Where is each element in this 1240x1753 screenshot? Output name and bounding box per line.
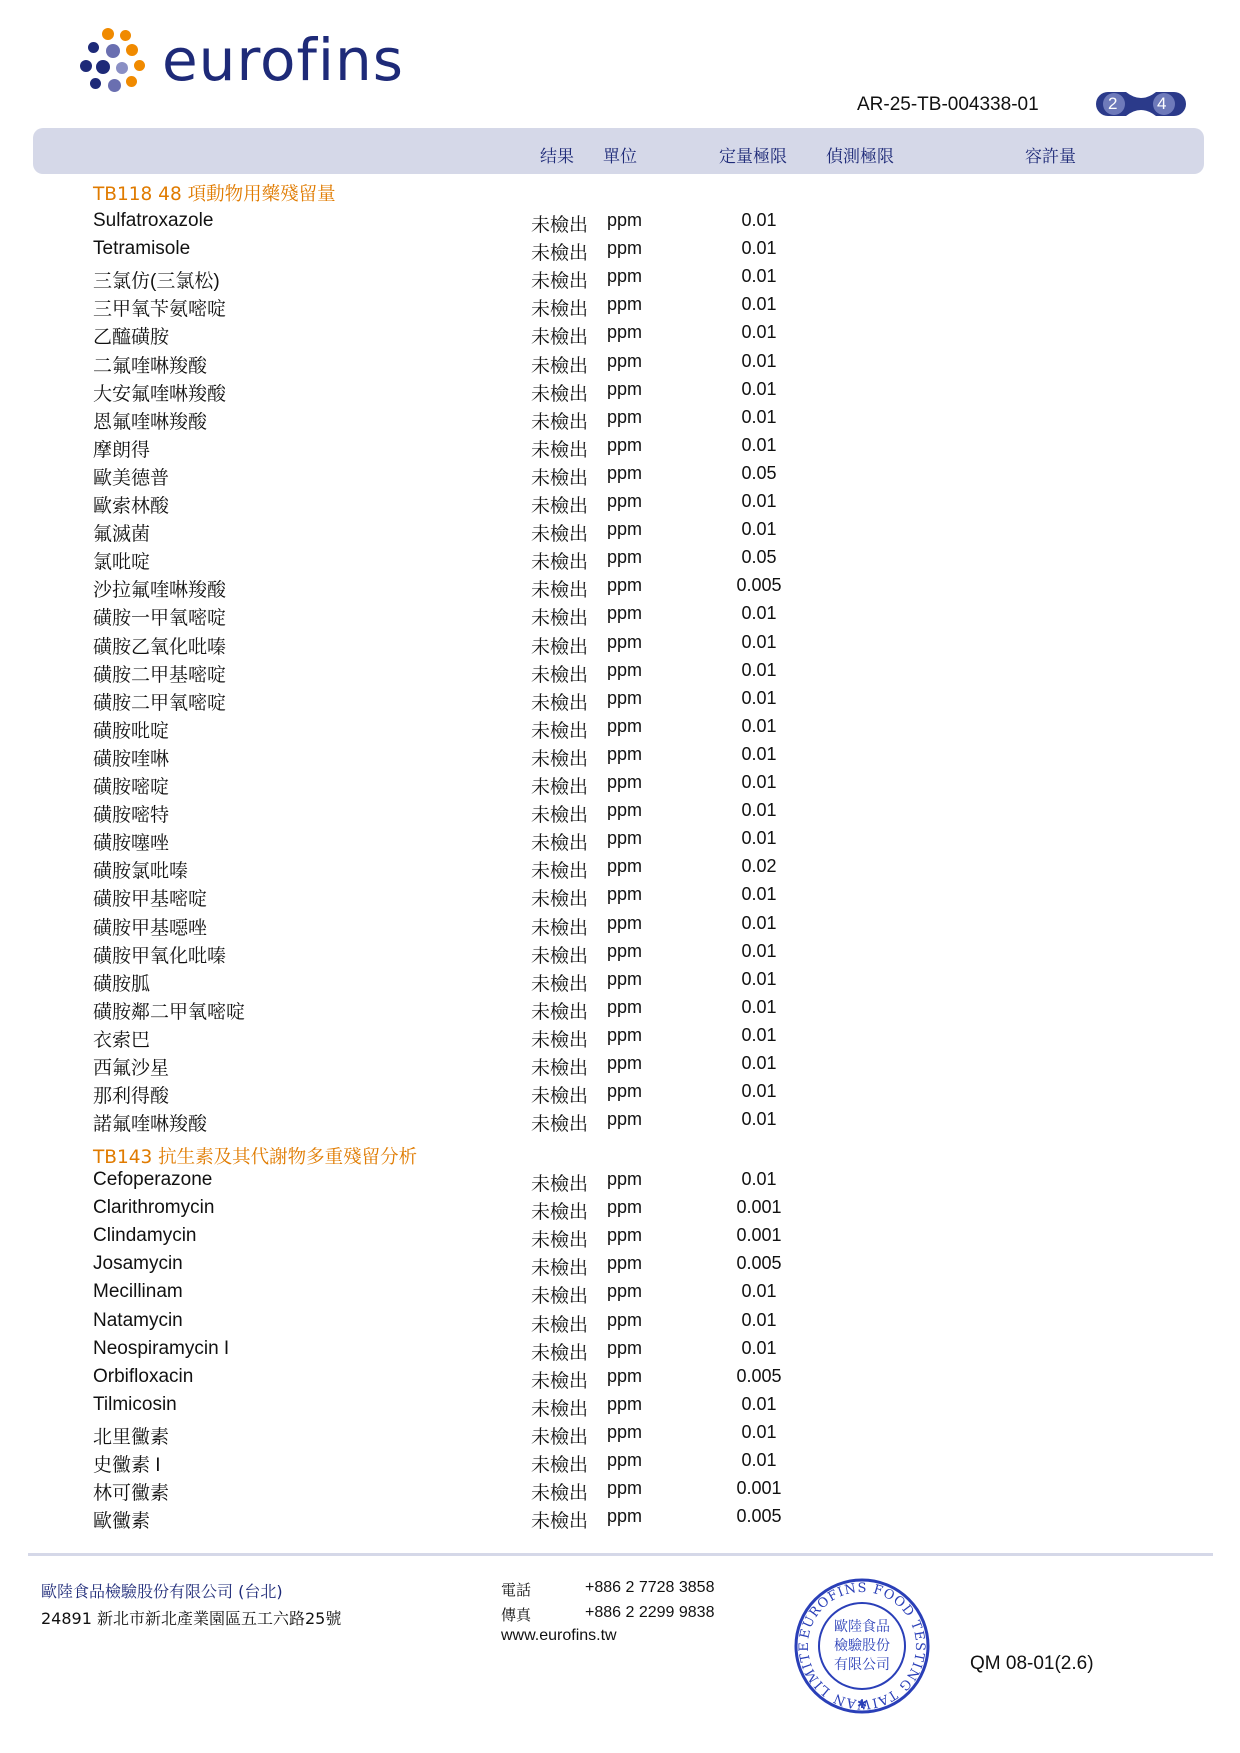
result-value: 未檢出 bbox=[531, 435, 588, 462]
loq-value: 0.01 bbox=[700, 660, 818, 681]
section-title-tb143: TB143 抗生素及其代謝物多重殘留分析 bbox=[93, 1143, 417, 1169]
loq-value: 0.01 bbox=[700, 772, 818, 793]
result-value: 未檢出 bbox=[531, 1225, 588, 1252]
unit-value: ppm bbox=[607, 1450, 642, 1471]
result-value: 未檢出 bbox=[531, 800, 588, 827]
table-row: 林可黴素未檢出ppm0.001 bbox=[0, 1478, 1240, 1506]
result-value: 未檢出 bbox=[531, 1366, 588, 1393]
table-row: Clarithromycin未檢出ppm0.001 bbox=[0, 1197, 1240, 1225]
analyte-name: 歐黴素 bbox=[93, 1506, 150, 1533]
analyte-name: 磺胺乙氧化吡嗪 bbox=[93, 632, 226, 659]
loq-value: 0.01 bbox=[700, 828, 818, 849]
table-row: 磺胺甲基嘧啶未檢出ppm0.01 bbox=[0, 884, 1240, 912]
current-page: 2 bbox=[1108, 92, 1117, 116]
analyte-name: Neospiramycin I bbox=[93, 1338, 229, 1360]
analyte-name: 歐索林酸 bbox=[93, 491, 169, 518]
analyte-name: 摩朗得 bbox=[93, 435, 150, 462]
logo-wordmark: eurofins bbox=[162, 31, 404, 89]
analyte-name: 大安氟喹啉羧酸 bbox=[93, 379, 226, 406]
unit-value: ppm bbox=[607, 491, 642, 512]
analyte-name: Orbifloxacin bbox=[93, 1366, 193, 1388]
table-row: 歐美德普未檢出ppm0.05 bbox=[0, 463, 1240, 491]
result-value: 未檢出 bbox=[531, 1394, 588, 1421]
result-value: 未檢出 bbox=[531, 547, 588, 574]
unit-value: ppm bbox=[607, 463, 642, 484]
loq-value: 0.02 bbox=[700, 856, 818, 877]
loq-value: 0.01 bbox=[700, 969, 818, 990]
table-row: Natamycin未檢出ppm0.01 bbox=[0, 1310, 1240, 1338]
table-row: 磺胺甲基噁唑未檢出ppm0.01 bbox=[0, 913, 1240, 941]
analyte-name: 磺胺甲氧化吡嗪 bbox=[93, 941, 226, 968]
unit-value: ppm bbox=[607, 1366, 642, 1387]
unit-value: ppm bbox=[607, 997, 642, 1018]
result-value: 未檢出 bbox=[531, 1253, 588, 1280]
analyte-name: Cefoperazone bbox=[93, 1169, 212, 1191]
table-row: 磺胺乙氧化吡嗪未檢出ppm0.01 bbox=[0, 632, 1240, 660]
analyte-name: 衣索巴 bbox=[93, 1025, 150, 1052]
loq-value: 0.01 bbox=[700, 407, 818, 428]
table-row: 磺胺嘧特未檢出ppm0.01 bbox=[0, 800, 1240, 828]
loq-value: 0.01 bbox=[700, 913, 818, 934]
loq-value: 0.005 bbox=[700, 1506, 818, 1527]
logo-dots-icon bbox=[80, 26, 150, 94]
unit-value: ppm bbox=[607, 884, 642, 905]
unit-value: ppm bbox=[607, 660, 642, 681]
table-row: 三甲氧苄氨嘧啶未檢出ppm0.01 bbox=[0, 294, 1240, 322]
analyte-name: Clindamycin bbox=[93, 1225, 196, 1247]
fax-label: 傳真 bbox=[501, 1604, 531, 1625]
loq-value: 0.01 bbox=[700, 1169, 818, 1190]
loq-value: 0.01 bbox=[700, 294, 818, 315]
analyte-name: 乙醯磺胺 bbox=[93, 322, 169, 349]
result-value: 未檢出 bbox=[531, 210, 588, 237]
unit-value: ppm bbox=[607, 210, 642, 231]
table-row: 磺胺噻唑未檢出ppm0.01 bbox=[0, 828, 1240, 856]
result-value: 未檢出 bbox=[531, 1478, 588, 1505]
table-row: Josamycin未檢出ppm0.005 bbox=[0, 1253, 1240, 1281]
unit-value: ppm bbox=[607, 941, 642, 962]
result-value: 未檢出 bbox=[531, 491, 588, 518]
result-value: 未檢出 bbox=[531, 1081, 588, 1108]
loq-value: 0.01 bbox=[700, 1450, 818, 1471]
loq-value: 0.01 bbox=[700, 1338, 818, 1359]
result-value: 未檢出 bbox=[531, 913, 588, 940]
table-row: Cefoperazone未檢出ppm0.01 bbox=[0, 1169, 1240, 1197]
unit-value: ppm bbox=[607, 294, 642, 315]
loq-value: 0.005 bbox=[700, 1253, 818, 1274]
table-row: 西氟沙星未檢出ppm0.01 bbox=[0, 1053, 1240, 1081]
unit-value: ppm bbox=[607, 1225, 642, 1246]
result-value: 未檢出 bbox=[531, 238, 588, 265]
unit-value: ppm bbox=[607, 1197, 642, 1218]
analyte-name: 磺胺胍 bbox=[93, 969, 150, 996]
table-row: Sulfatroxazole未檢出ppm0.01 bbox=[0, 210, 1240, 238]
table-row: Neospiramycin I未檢出ppm0.01 bbox=[0, 1338, 1240, 1366]
loq-value: 0.01 bbox=[700, 1310, 818, 1331]
loq-value: 0.01 bbox=[700, 688, 818, 709]
table-row: 史黴素 I未檢出ppm0.01 bbox=[0, 1450, 1240, 1478]
section-title-tb118: TB118 48 項動物用藥殘留量 bbox=[93, 180, 336, 206]
result-value: 未檢出 bbox=[531, 744, 588, 771]
loq-value: 0.001 bbox=[700, 1197, 818, 1218]
loq-value: 0.005 bbox=[700, 575, 818, 596]
result-value: 未檢出 bbox=[531, 603, 588, 630]
result-value: 未檢出 bbox=[531, 969, 588, 996]
result-value: 未檢出 bbox=[531, 1338, 588, 1365]
unit-value: ppm bbox=[607, 1081, 642, 1102]
column-unit: 單位 bbox=[603, 142, 637, 167]
unit-value: ppm bbox=[607, 1053, 642, 1074]
unit-value: ppm bbox=[607, 688, 642, 709]
loq-value: 0.01 bbox=[700, 210, 818, 231]
table-row: 磺胺一甲氧嘧啶未檢出ppm0.01 bbox=[0, 603, 1240, 631]
loq-value: 0.01 bbox=[700, 1394, 818, 1415]
page-indicator: 2 4 bbox=[1096, 92, 1186, 116]
total-pages: 4 bbox=[1157, 92, 1166, 116]
analyte-name: 磺胺鄰二甲氧嘧啶 bbox=[93, 997, 245, 1024]
unit-value: ppm bbox=[607, 772, 642, 793]
loq-value: 0.01 bbox=[700, 1109, 818, 1130]
analyte-name: Tilmicosin bbox=[93, 1394, 177, 1416]
analyte-name: 磺胺二甲氧嘧啶 bbox=[93, 688, 226, 715]
unit-value: ppm bbox=[607, 1281, 642, 1302]
analyte-name: 西氟沙星 bbox=[93, 1053, 169, 1080]
unit-value: ppm bbox=[607, 435, 642, 456]
loq-value: 0.01 bbox=[700, 379, 818, 400]
result-value: 未檢出 bbox=[531, 941, 588, 968]
loq-value: 0.05 bbox=[700, 547, 818, 568]
table-row: 磺胺鄰二甲氧嘧啶未檢出ppm0.01 bbox=[0, 997, 1240, 1025]
table-row: 氯吡啶未檢出ppm0.05 bbox=[0, 547, 1240, 575]
analyte-name: 磺胺甲基嘧啶 bbox=[93, 884, 207, 911]
result-value: 未檢出 bbox=[531, 1310, 588, 1337]
table-row: 磺胺二甲基嘧啶未檢出ppm0.01 bbox=[0, 660, 1240, 688]
analyte-name: 三氯仿(三氯松) bbox=[93, 266, 220, 293]
loq-value: 0.01 bbox=[700, 884, 818, 905]
table-row: 歐索林酸未檢出ppm0.01 bbox=[0, 491, 1240, 519]
unit-value: ppm bbox=[607, 519, 642, 540]
loq-value: 0.01 bbox=[700, 491, 818, 512]
svg-text:✱: ✱ bbox=[857, 1697, 867, 1711]
table-row: 磺胺胍未檢出ppm0.01 bbox=[0, 969, 1240, 997]
analyte-name: Natamycin bbox=[93, 1310, 183, 1332]
unit-value: ppm bbox=[607, 1025, 642, 1046]
unit-value: ppm bbox=[607, 238, 642, 259]
unit-value: ppm bbox=[607, 351, 642, 372]
column-lod: 偵測極限 bbox=[826, 142, 894, 167]
unit-value: ppm bbox=[607, 407, 642, 428]
loq-value: 0.01 bbox=[700, 716, 818, 737]
loq-value: 0.01 bbox=[700, 744, 818, 765]
column-header-bar: 结果 單位 定量極限 偵測極限 容許量 bbox=[33, 128, 1204, 174]
analyte-name: 磺胺一甲氧嘧啶 bbox=[93, 603, 226, 630]
loq-value: 0.01 bbox=[700, 1081, 818, 1102]
unit-value: ppm bbox=[607, 632, 642, 653]
analyte-name: 磺胺嘧特 bbox=[93, 800, 169, 827]
loq-value: 0.01 bbox=[700, 1053, 818, 1074]
unit-value: ppm bbox=[607, 1310, 642, 1331]
table-row: 磺胺吡啶未檢出ppm0.01 bbox=[0, 716, 1240, 744]
footer-address: 24891 新北市新北產業園區五工六路25號 bbox=[41, 1606, 341, 1629]
analyte-name: 磺胺氯吡嗪 bbox=[93, 856, 188, 883]
footer-website: www.eurofins.tw bbox=[501, 1627, 617, 1645]
table-row: 磺胺甲氧化吡嗪未檢出ppm0.01 bbox=[0, 941, 1240, 969]
unit-value: ppm bbox=[607, 1253, 642, 1274]
loq-value: 0.01 bbox=[700, 997, 818, 1018]
unit-value: ppm bbox=[607, 1109, 642, 1130]
result-value: 未檢出 bbox=[531, 660, 588, 687]
result-value: 未檢出 bbox=[531, 1197, 588, 1224]
form-code: QM 08-01(2.6) bbox=[970, 1653, 1094, 1675]
loq-value: 0.001 bbox=[700, 1225, 818, 1246]
table-row: 沙拉氟喹啉羧酸未檢出ppm0.005 bbox=[0, 575, 1240, 603]
unit-value: ppm bbox=[607, 379, 642, 400]
analyte-name: Josamycin bbox=[93, 1253, 183, 1275]
result-value: 未檢出 bbox=[531, 519, 588, 546]
result-value: 未檢出 bbox=[531, 407, 588, 434]
table-row: 衣索巴未檢出ppm0.01 bbox=[0, 1025, 1240, 1053]
footer-company: 歐陸食品檢驗股份有限公司 (台北) bbox=[41, 1579, 283, 1602]
column-loq: 定量極限 bbox=[719, 142, 787, 167]
analyte-name: 林可黴素 bbox=[93, 1478, 169, 1505]
analyte-name: Clarithromycin bbox=[93, 1197, 214, 1219]
table-row: Clindamycin未檢出ppm0.001 bbox=[0, 1225, 1240, 1253]
analyte-name: 沙拉氟喹啉羧酸 bbox=[93, 575, 226, 602]
table-row: 氟滅菌未檢出ppm0.01 bbox=[0, 519, 1240, 547]
analyte-name: 氯吡啶 bbox=[93, 547, 150, 574]
unit-value: ppm bbox=[607, 575, 642, 596]
loq-value: 0.01 bbox=[700, 800, 818, 821]
unit-value: ppm bbox=[607, 1338, 642, 1359]
unit-value: ppm bbox=[607, 1394, 642, 1415]
analyte-name: 磺胺吡啶 bbox=[93, 716, 169, 743]
analyte-name: Tetramisole bbox=[93, 238, 190, 260]
unit-value: ppm bbox=[607, 856, 642, 877]
footer-divider bbox=[28, 1553, 1213, 1556]
loq-value: 0.01 bbox=[700, 632, 818, 653]
loq-value: 0.01 bbox=[700, 1422, 818, 1443]
table-row: 諾氟喹啉羧酸未檢出ppm0.01 bbox=[0, 1109, 1240, 1137]
loq-value: 0.01 bbox=[700, 1025, 818, 1046]
analyte-name: Sulfatroxazole bbox=[93, 210, 213, 232]
result-value: 未檢出 bbox=[531, 266, 588, 293]
loq-value: 0.01 bbox=[700, 435, 818, 456]
result-value: 未檢出 bbox=[531, 997, 588, 1024]
table-row: 磺胺嘧啶未檢出ppm0.01 bbox=[0, 772, 1240, 800]
table-row: 三氯仿(三氯松)未檢出ppm0.01 bbox=[0, 266, 1240, 294]
table-row: 摩朗得未檢出ppm0.01 bbox=[0, 435, 1240, 463]
table-row: 乙醯磺胺未檢出ppm0.01 bbox=[0, 322, 1240, 350]
unit-value: ppm bbox=[607, 744, 642, 765]
unit-value: ppm bbox=[607, 1422, 642, 1443]
table-row: Mecillinam未檢出ppm0.01 bbox=[0, 1281, 1240, 1309]
unit-value: ppm bbox=[607, 547, 642, 568]
result-value: 未檢出 bbox=[531, 632, 588, 659]
result-value: 未檢出 bbox=[531, 1281, 588, 1308]
table-row: 北里黴素未檢出ppm0.01 bbox=[0, 1422, 1240, 1450]
analyte-name: 北里黴素 bbox=[93, 1422, 169, 1449]
result-value: 未檢出 bbox=[531, 688, 588, 715]
table-row: 磺胺氯吡嗪未檢出ppm0.02 bbox=[0, 856, 1240, 884]
company-seal-stamp: EUROFINS FOOD TESTING TAIWAN LIMITED 歐陸食… bbox=[793, 1577, 931, 1715]
column-result: 结果 bbox=[540, 142, 574, 167]
analyte-name: 諾氟喹啉羧酸 bbox=[93, 1109, 207, 1136]
result-value: 未檢出 bbox=[531, 575, 588, 602]
eurofins-logo: eurofins bbox=[80, 26, 404, 94]
fax-number: +886 2 2299 9838 bbox=[585, 1604, 714, 1622]
unit-value: ppm bbox=[607, 716, 642, 737]
loq-value: 0.01 bbox=[700, 519, 818, 540]
analyte-name: 二氟喹啉羧酸 bbox=[93, 351, 207, 378]
result-value: 未檢出 bbox=[531, 884, 588, 911]
loq-value: 0.01 bbox=[700, 322, 818, 343]
analyte-name: 磺胺喹啉 bbox=[93, 744, 169, 771]
analyte-name: 恩氟喹啉羧酸 bbox=[93, 407, 207, 434]
loq-value: 0.05 bbox=[700, 463, 818, 484]
result-value: 未檢出 bbox=[531, 1450, 588, 1477]
table-row: 恩氟喹啉羧酸未檢出ppm0.01 bbox=[0, 407, 1240, 435]
unit-value: ppm bbox=[607, 828, 642, 849]
column-tolerance: 容許量 bbox=[1025, 142, 1076, 167]
analyte-name: Mecillinam bbox=[93, 1281, 183, 1303]
result-value: 未檢出 bbox=[531, 772, 588, 799]
table-row: 磺胺二甲氧嘧啶未檢出ppm0.01 bbox=[0, 688, 1240, 716]
table-row: Tilmicosin未檢出ppm0.01 bbox=[0, 1394, 1240, 1422]
unit-value: ppm bbox=[607, 1169, 642, 1190]
result-value: 未檢出 bbox=[531, 716, 588, 743]
table-row: 那利得酸未檢出ppm0.01 bbox=[0, 1081, 1240, 1109]
result-value: 未檢出 bbox=[531, 856, 588, 883]
table-row: 大安氟喹啉羧酸未檢出ppm0.01 bbox=[0, 379, 1240, 407]
unit-value: ppm bbox=[607, 913, 642, 934]
result-value: 未檢出 bbox=[531, 1506, 588, 1533]
analyte-name: 磺胺噻唑 bbox=[93, 828, 169, 855]
result-value: 未檢出 bbox=[531, 1053, 588, 1080]
analyte-name: 那利得酸 bbox=[93, 1081, 169, 1108]
svg-text:有限公司: 有限公司 bbox=[834, 1657, 890, 1673]
unit-value: ppm bbox=[607, 800, 642, 821]
unit-value: ppm bbox=[607, 1506, 642, 1527]
loq-value: 0.01 bbox=[700, 266, 818, 287]
analyte-name: 三甲氧苄氨嘧啶 bbox=[93, 294, 226, 321]
loq-value: 0.01 bbox=[700, 238, 818, 259]
unit-value: ppm bbox=[607, 266, 642, 287]
result-value: 未檢出 bbox=[531, 351, 588, 378]
analyte-name: 氟滅菌 bbox=[93, 519, 150, 546]
table-row: 歐黴素未檢出ppm0.005 bbox=[0, 1506, 1240, 1534]
phone-label: 電話 bbox=[501, 1579, 531, 1600]
unit-value: ppm bbox=[607, 603, 642, 624]
svg-text:檢驗股份: 檢驗股份 bbox=[834, 1637, 890, 1654]
result-value: 未檢出 bbox=[531, 1169, 588, 1196]
unit-value: ppm bbox=[607, 322, 642, 343]
result-value: 未檢出 bbox=[531, 379, 588, 406]
report-id: AR-25-TB-004338-01 bbox=[857, 94, 1039, 116]
result-value: 未檢出 bbox=[531, 828, 588, 855]
result-value: 未檢出 bbox=[531, 1109, 588, 1136]
table-row: Orbifloxacin未檢出ppm0.005 bbox=[0, 1366, 1240, 1394]
table-row: 二氟喹啉羧酸未檢出ppm0.01 bbox=[0, 351, 1240, 379]
loq-value: 0.001 bbox=[700, 1478, 818, 1499]
loq-value: 0.01 bbox=[700, 941, 818, 962]
loq-value: 0.01 bbox=[700, 1281, 818, 1302]
result-value: 未檢出 bbox=[531, 1422, 588, 1449]
seal-icon: EUROFINS FOOD TESTING TAIWAN LIMITED 歐陸食… bbox=[793, 1577, 931, 1715]
table-row: 磺胺喹啉未檢出ppm0.01 bbox=[0, 744, 1240, 772]
result-value: 未檢出 bbox=[531, 463, 588, 490]
svg-text:歐陸食品: 歐陸食品 bbox=[834, 1618, 890, 1635]
analyte-name: 磺胺二甲基嘧啶 bbox=[93, 660, 226, 687]
analyte-name: 史黴素 I bbox=[93, 1450, 161, 1477]
result-value: 未檢出 bbox=[531, 1025, 588, 1052]
result-value: 未檢出 bbox=[531, 322, 588, 349]
unit-value: ppm bbox=[607, 969, 642, 990]
analyte-name: 磺胺嘧啶 bbox=[93, 772, 169, 799]
loq-value: 0.01 bbox=[700, 351, 818, 372]
unit-value: ppm bbox=[607, 1478, 642, 1499]
phone-number: +886 2 7728 3858 bbox=[585, 1579, 714, 1597]
analyte-name: 歐美德普 bbox=[93, 463, 169, 490]
table-row: Tetramisole未檢出ppm0.01 bbox=[0, 238, 1240, 266]
loq-value: 0.01 bbox=[700, 603, 818, 624]
loq-value: 0.005 bbox=[700, 1366, 818, 1387]
analyte-name: 磺胺甲基噁唑 bbox=[93, 913, 207, 940]
result-value: 未檢出 bbox=[531, 294, 588, 321]
